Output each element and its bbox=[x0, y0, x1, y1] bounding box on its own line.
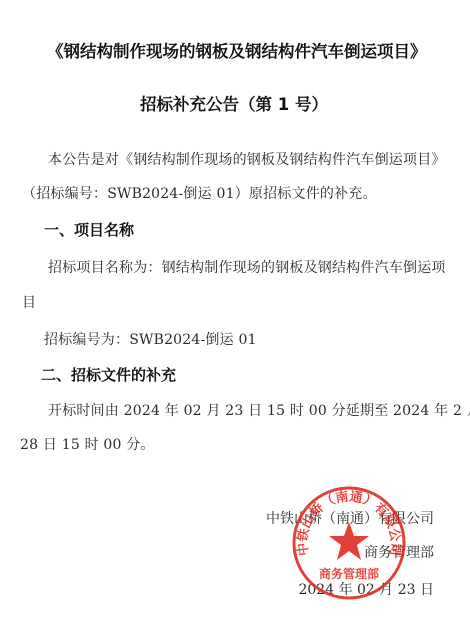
document-subtitle: 招标补充公告（第 1 号） bbox=[140, 91, 328, 115]
bid-number: 招标编号为：SWB2024-倒运 01 bbox=[44, 329, 257, 349]
project-name-line-1: 招标项目名称为：钢结构制作现场的钢板及钢结构件汽车倒运项 bbox=[48, 257, 446, 277]
intro-paragraph-line-1: 本公告是对《钢结构制作现场的钢板及钢结构件汽车倒运项目》 bbox=[48, 149, 446, 169]
opening-time-line-2: 28 日 15 时 00 分。 bbox=[20, 434, 155, 454]
section-heading-project-name: 一、项目名称 bbox=[44, 219, 134, 240]
document-title: 《钢结构制作现场的钢板及钢结构件汽车倒运项目》 bbox=[47, 38, 427, 62]
seal-icon: 中铁山桥（南通）有限公司 商务管理部 bbox=[290, 484, 408, 602]
seal-inner-text: 商务管理部 bbox=[319, 566, 379, 581]
project-name-line-2: 目 bbox=[22, 292, 36, 312]
section-heading-supplement: 二、招标文件的补充 bbox=[41, 364, 176, 385]
opening-time-line-1: 开标时间由 2024 年 02 月 23 日 15 时 00 分延期至 2024… bbox=[48, 400, 470, 420]
intro-paragraph-line-2: （招标编号：SWB2024-倒运 01）原招标文件的补充。 bbox=[22, 183, 377, 203]
official-seal: 中铁山桥（南通）有限公司 商务管理部 bbox=[290, 484, 408, 602]
